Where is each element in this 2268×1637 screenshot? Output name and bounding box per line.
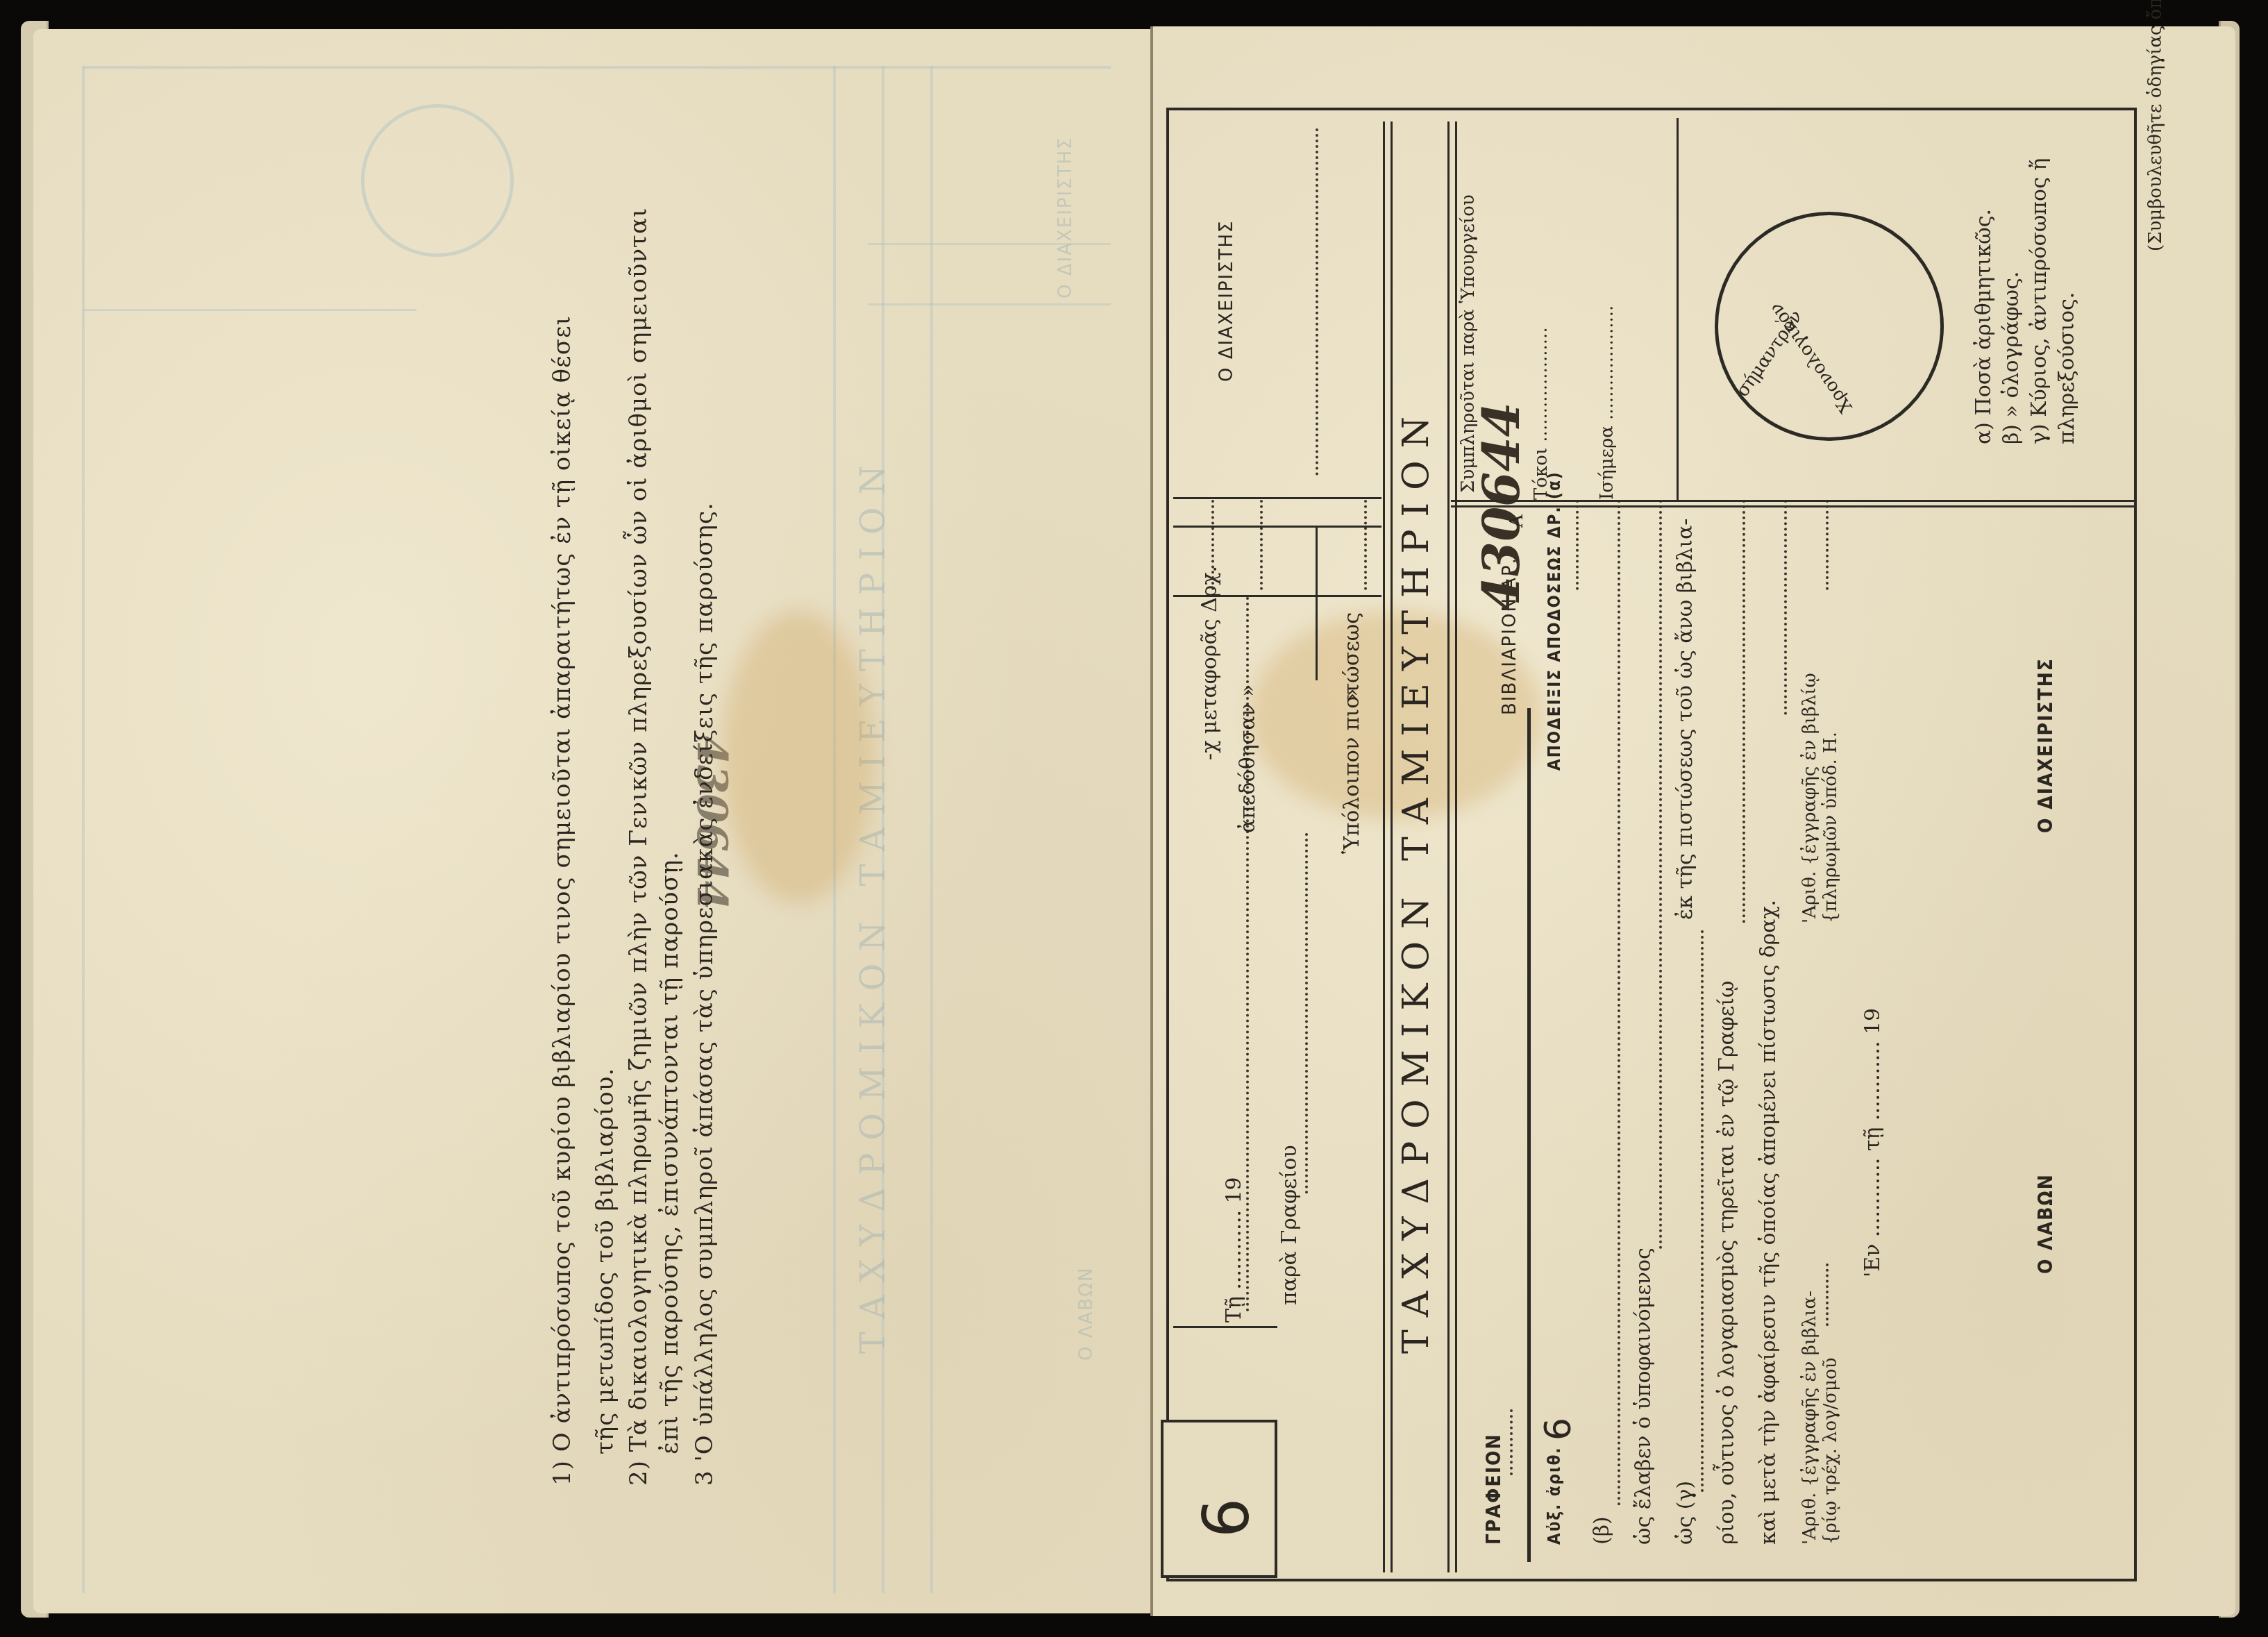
note-c: γ) Κύριος, ἀντιπρόσωπος ἤ (2027, 158, 2051, 444)
serial-value: 6 (1538, 1418, 1579, 1441)
note-c-cont: πληρεξούσιος. (2055, 292, 2079, 444)
footer-note: (Συμβουλευθῆτε ὁδηγίας ὄπισθεν) (2145, 0, 2166, 251)
entry-left-1: 'Αριθ. {ἐγγραφῆς ἐν βιβλια- (1799, 1291, 1820, 1545)
instruction-3: 3 'Ο ὑπάλληλος συμπληροῖ ἁπάσας τὰς ὑπηρ… (684, 502, 725, 1486)
receiver-label: Ο ΛΑΒΩΝ (2034, 1173, 2057, 1274)
account-label: ρίου, οὗτινος ὁ λογαριασμὸς τηρεῖται ἐν … (1715, 980, 1739, 1545)
stub-office-dots (1305, 833, 1308, 1194)
amount-dots (1260, 500, 1263, 590)
received-dots (1659, 500, 1662, 1250)
account-dots (1742, 500, 1745, 923)
line-g-label: ὡς (γ) (1673, 1481, 1697, 1545)
stub-balance-mark: » (1340, 689, 1364, 701)
ghost-title: ΤΑΧΥΔΡΟΜΙΚΟΝ ΤΑΜΙΕΥΤΗΡΙΟΝ (854, 453, 893, 1354)
passbook-suffix: Α (1506, 514, 1527, 528)
line-b-label: (β) (1590, 1516, 1614, 1545)
amounts-sum-line (1316, 528, 1318, 680)
stub-date-label: Τῇ ............ 19 (1222, 1177, 1246, 1323)
office-underline (1527, 708, 1531, 1562)
line-b-dots (1618, 500, 1620, 1506)
completed-by-label: Συμπληροῦται παρὰ Ὑπουργείου (1458, 194, 1479, 493)
ghost-stamp (361, 104, 514, 257)
amount-dots (1364, 500, 1367, 590)
title-border-right (1447, 121, 1457, 1572)
date-stamp-circle (1715, 212, 1944, 441)
days-label: Ισήμερα .................... (1597, 305, 1618, 500)
office-dots (1510, 1409, 1513, 1475)
place-date-label: 'Εν ............ τῇ ............ 19 (1860, 1008, 1885, 1277)
stub-divider (1173, 1326, 1277, 1328)
title-border-left (1383, 121, 1393, 1572)
ghost-receiver: Ο ΛΑΒΩΝ (1076, 1267, 1097, 1361)
amounts-divider (1173, 497, 1381, 499)
serial-number: 6 (1191, 1498, 1263, 1538)
credit-label: ἐκ τῆς πιστώσεως τοῦ ὡς ἄνω βιβλια- (1673, 519, 1697, 920)
book-gutter (1150, 26, 1153, 1616)
receipts-dots (1576, 500, 1579, 590)
line-g-dots (1701, 930, 1704, 1493)
amount-dots (1211, 500, 1214, 590)
entry-left-2: {ρίῳ τρέχ. λογ/σμοῦ (1820, 1358, 1841, 1545)
received-label: ὡς ἔλαβεν ὁ ὑποφαινόμενος (1631, 1248, 1656, 1545)
entry-right-1: 'Αριθ. {ἐγγραφῆς ἐν βιβλίῳ (1799, 673, 1820, 923)
stub-balance-label: Ὑπόλοιπον πιστώσεως (1340, 612, 1364, 854)
stub-signature-dots (1316, 128, 1318, 476)
entry-right-dots (1826, 500, 1829, 590)
entry-right-2: {πληρωμῶν ὑπόδ. Η. (1820, 732, 1841, 923)
amounts-divider (1173, 526, 1381, 528)
amounts-divider (1173, 595, 1381, 597)
side-panel-divider (1677, 118, 1679, 500)
serial-label: Αὐξ. ἀριθ. (1545, 1446, 1564, 1545)
stub-returned-label: ἀπεδόθησαν » (1236, 684, 1260, 833)
note-a: α) Ποσὰ ἀριθμητικῶς. (1972, 209, 1996, 444)
ghost-manager: Ο ΔΙΑΧΕΙΡΙΣΤΗΣ (1055, 136, 1076, 299)
instruction-1: 1) Ο ἀντιπρόσωπος τοῦ κυρίου βιβλιαρίου … (541, 315, 583, 1486)
after-dots (1784, 500, 1787, 715)
after-label: καὶ μετὰ τὴν ἀφαίρεσιν τῆς ὁποίας ἀπομέν… (1756, 900, 1781, 1545)
side-panel-border (1451, 500, 2135, 502)
stub-office-label: παρὰ Γραφείου (1277, 1145, 1302, 1305)
entry-left-dots (1826, 1264, 1829, 1326)
interest-label: Τόκοι .................... (1531, 327, 1552, 500)
receipts-label: ΑΠΟΔΕΙΞΙΣ ΑΠΟΔΟΣΕΩΣ ΔΡ. (α) (1545, 471, 1564, 771)
note-b: β) » ὁλογράφως. (1999, 271, 2024, 444)
stub-manager-label: Ο ΔΙΑΧΕΙΡΙΣΤΗΣ (1216, 219, 1237, 382)
office-label: ΓΡΑΦΕΙΟΝ (1482, 1434, 1505, 1545)
form-title: ΤΑΧΥΔΡΟΜΙΚΟΝ ΤΑΜΙΕΥΤΗΡΙΟΝ (1395, 404, 1437, 1354)
side-panel-border (1451, 505, 2135, 507)
water-stain (722, 611, 875, 903)
manager-label: Ο ΔΙΑΧΕΙΡΙΣΤΗΣ (2034, 657, 2057, 833)
